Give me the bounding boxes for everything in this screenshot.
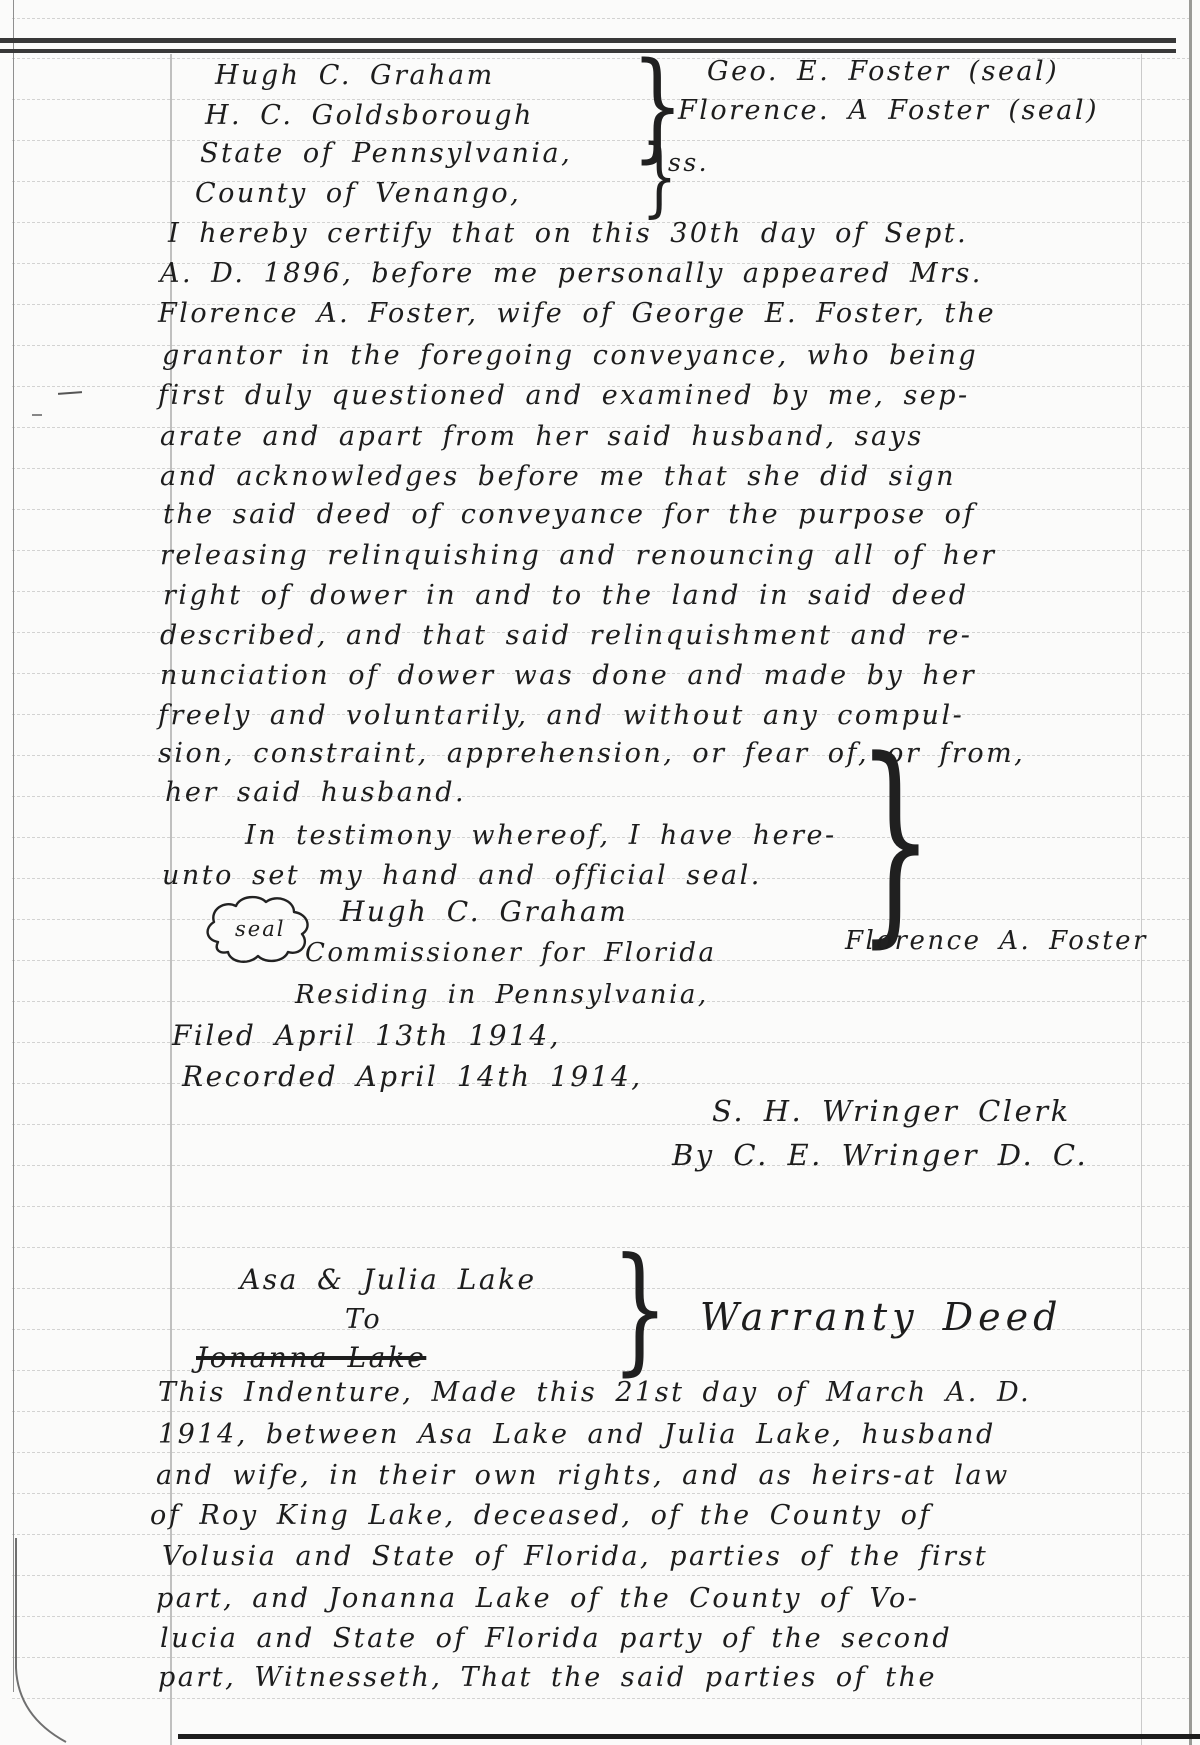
handwriting-line: arate and apart from her said husband, s… <box>160 423 924 450</box>
handwriting-line: Volusia and State of Florida, parties of… <box>162 1543 988 1570</box>
right-margin-line <box>1141 54 1142 1745</box>
ruled-line <box>12 1575 1190 1576</box>
ruled-line <box>12 1206 1190 1207</box>
seal-label: seal <box>235 917 285 941</box>
page-right-edge-strip <box>1189 0 1192 1745</box>
venue-county-line: County of Venango, <box>195 180 521 207</box>
venue-state-line: State of Pennsylvania, <box>200 140 572 167</box>
ruled-line <box>12 1657 1190 1658</box>
officer-title-line: Residing in Pennsylvania, <box>295 982 709 1008</box>
handwriting-line: lucia and State of Florida party of the … <box>160 1625 952 1652</box>
page-corner-curve <box>8 1538 128 1745</box>
testimony-line: In testimony whereof, I have here- <box>245 822 837 849</box>
margin-dash-mark <box>58 391 82 395</box>
caption-party-name: H. C. Goldsborough <box>205 102 534 129</box>
handwriting-line: grantor in the foregoing conveyance, who… <box>162 342 978 369</box>
handwriting-line: part, Witnesseth, That the said parties … <box>158 1664 937 1691</box>
deputy-signature: By C. E. Wringer D. C. <box>672 1141 1088 1170</box>
ruled-line <box>12 1534 1190 1535</box>
ruled-line <box>12 1370 1190 1371</box>
ruled-line <box>12 140 1190 141</box>
handwriting-line: releasing relinquishing and renouncing a… <box>160 542 997 569</box>
handwriting-line: the said deed of conveyance for the purp… <box>163 501 976 528</box>
testimony-line: unto set my hand and official seal. <box>162 862 762 889</box>
top-double-rule-upper <box>0 38 1176 43</box>
handwriting-line: I hereby certify that on this 30th day o… <box>168 220 968 247</box>
ruled-line <box>12 18 1190 19</box>
deed-title: Warranty Deed <box>700 1298 1062 1336</box>
handwriting-line: first duly questioned and examined by me… <box>158 382 970 409</box>
handwriting-line: her said husband. <box>165 779 466 806</box>
deed-grantee-struck: Jonanna Lake <box>196 1344 426 1372</box>
officer-title-line: Commissioner for Florida <box>305 940 717 966</box>
bottom-page-edge-line <box>178 1734 1200 1739</box>
handwriting-line: A. D. 1896, before me personally appeare… <box>160 260 983 287</box>
ledger-page: Hugh C. Graham H. C. Goldsborough State … <box>0 0 1200 1745</box>
deed-grantor: Asa & Julia Lake <box>240 1266 537 1294</box>
clerk-signature: S. H. Wringer Clerk <box>712 1097 1071 1126</box>
handwriting-line: part, and Jonanna Lake of the County of … <box>156 1585 919 1612</box>
deed-to-label: To <box>345 1306 382 1333</box>
handwriting-line: right of dower in and to the land in sai… <box>163 582 969 609</box>
ruled-line <box>12 1288 1190 1289</box>
ruled-line <box>12 181 1190 182</box>
handwriting-line: freely and voluntarily, and without any … <box>158 702 964 729</box>
venue-brace: } <box>642 134 678 220</box>
page-left-edge-line <box>13 0 14 1692</box>
caption-signer-seal: Florence. A Foster (seal) <box>678 97 1099 124</box>
top-double-rule-lower <box>0 49 1176 53</box>
ruled-line <box>12 1698 1190 1699</box>
handwriting-line: of Roy King Lake, deceased, of the Count… <box>150 1502 932 1529</box>
ss-notation: ss. <box>668 150 709 175</box>
witness-signature: Florence A. Foster <box>845 928 1148 954</box>
caption-signer-seal: Geo. E. Foster (seal) <box>707 58 1059 85</box>
ruled-line <box>12 1616 1190 1617</box>
ruled-line <box>12 1411 1190 1412</box>
handwriting-line: nunciation of dower was done and made by… <box>160 662 976 689</box>
handwriting-line: described, and that said relinquishment … <box>160 622 972 649</box>
handwriting-line: Florence A. Foster, wife of George E. Fo… <box>158 300 996 327</box>
ruled-line <box>12 1247 1190 1248</box>
handwriting-line: and wife, in their own rights, and as he… <box>156 1462 1010 1489</box>
caption-party-name: Hugh C. Graham <box>215 62 495 89</box>
ruled-line <box>12 1493 1190 1494</box>
filed-line: Filed April 13th 1914, <box>172 1022 561 1050</box>
officer-signature: Hugh C. Graham <box>340 898 628 926</box>
handwriting-line: 1914, between Asa Lake and Julia Lake, h… <box>158 1421 996 1448</box>
handwriting-line: This Indenture, Made this 21st day of Ma… <box>158 1379 1031 1406</box>
handwriting-line: and acknowledges before me that she did … <box>160 463 956 490</box>
margin-dash-mark <box>32 414 42 416</box>
witness-brace: } <box>857 732 933 950</box>
deed-brace: } <box>611 1240 668 1378</box>
ruled-line <box>12 1452 1190 1453</box>
recorded-line: Recorded April 14th 1914, <box>182 1063 643 1091</box>
